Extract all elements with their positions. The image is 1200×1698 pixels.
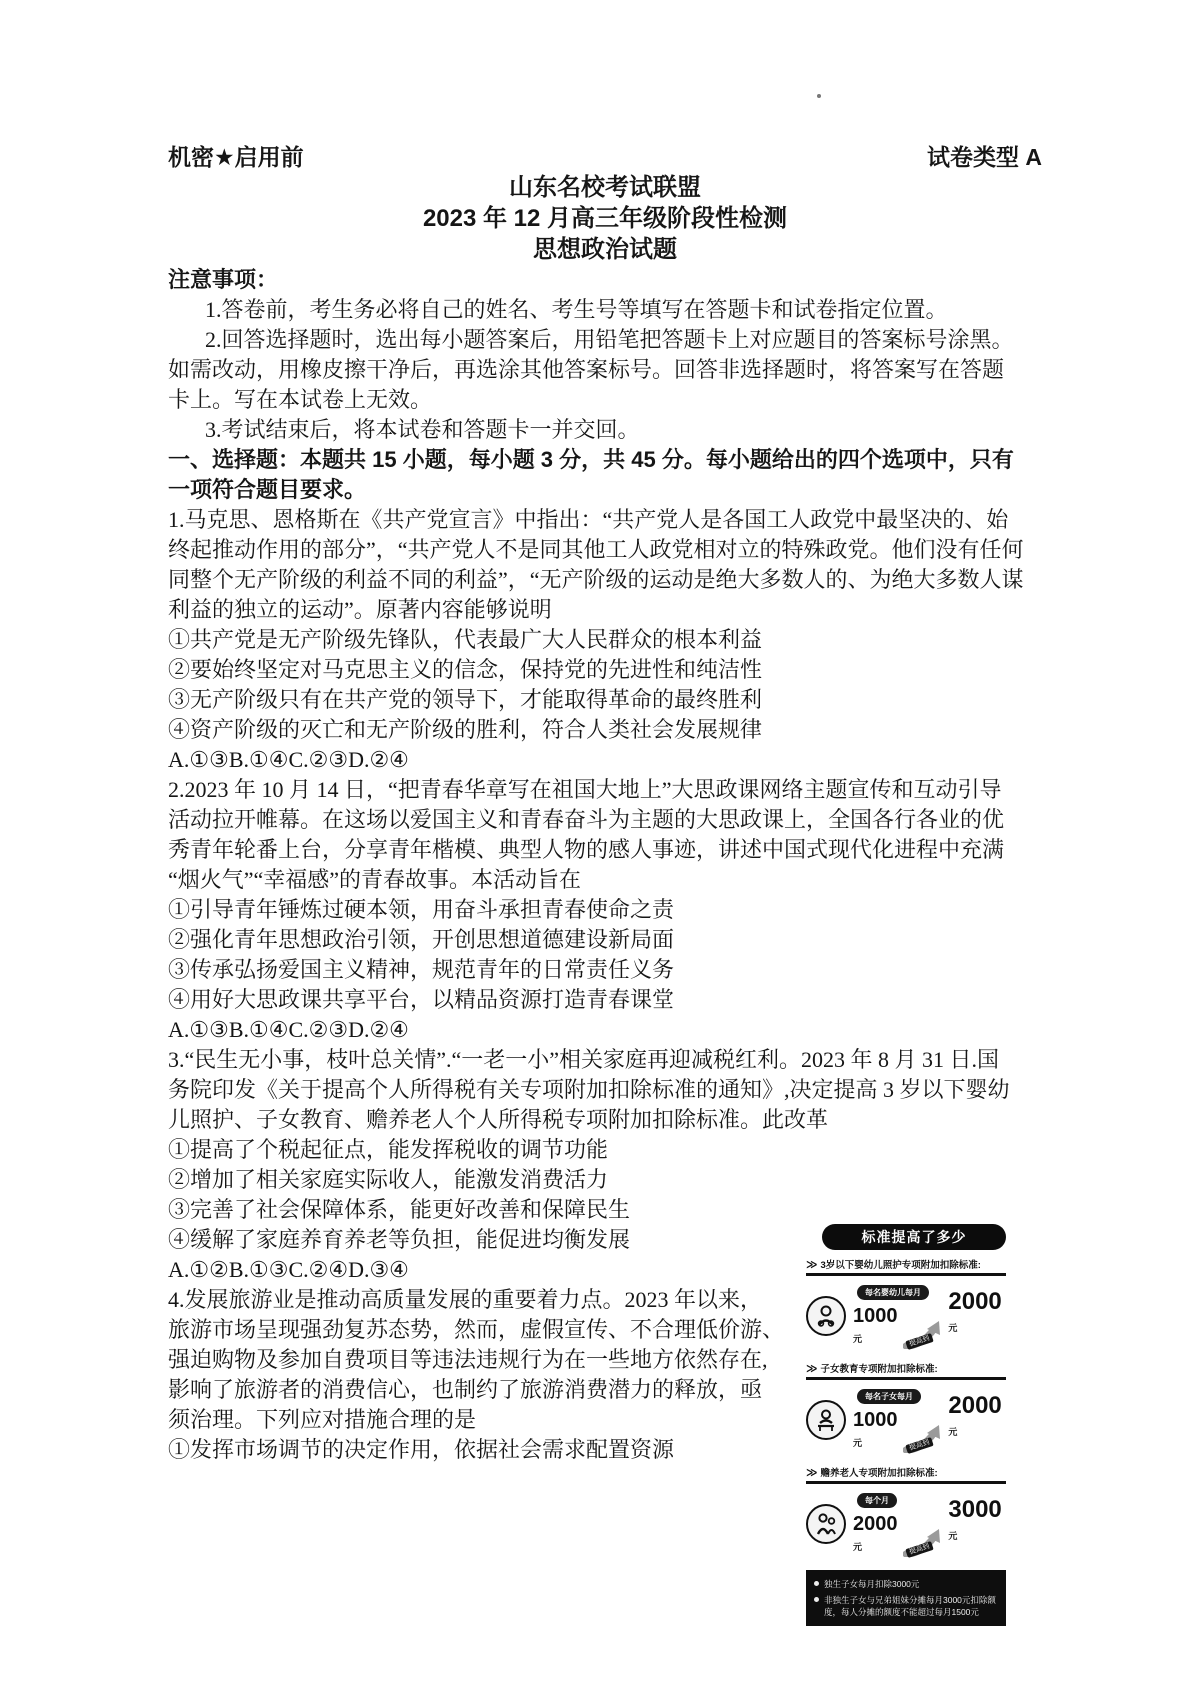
infographic-section-title: 子女教育专项附加扣除标准: bbox=[821, 1361, 938, 1375]
secrecy-label: 机密★启用前 bbox=[168, 142, 304, 172]
question-2-stem-line: “烟火气”“幸福感”的青春故事。本活动旨在 bbox=[168, 865, 1042, 895]
scan-artifact-dot bbox=[817, 94, 821, 98]
amount-badge: 每名子女每月 bbox=[857, 1389, 921, 1404]
double-chevron-icon: ≫ bbox=[806, 1364, 817, 1375]
question-2-stem-line: 秀青年轮番上台，分享青年楷模、典型人物的感人事迹，讲述中国式现代化进程中充满 bbox=[168, 835, 1042, 865]
amount-before: 1000元 bbox=[853, 1306, 902, 1349]
notice-line-5: 3.考试结束后，将本试卷和答题卡一并交回。 bbox=[168, 415, 1042, 445]
question-1-option: ④资产阶级的灭亡和无产阶级的胜利，符合人类社会发展规律 bbox=[168, 715, 1042, 745]
question-1-option: ③无产阶级只有在共产党的领导下，才能取得革命的最终胜利 bbox=[168, 685, 1042, 715]
question-2-option: ②强化青年思想政治引领，开创思想道德建设新局面 bbox=[168, 925, 1042, 955]
notice-heading: 注意事项： bbox=[168, 265, 1042, 295]
infographic-section-title: 3岁以下婴幼儿照护专项附加扣除标准: bbox=[821, 1257, 981, 1271]
infographic-section-title: 赡养老人专项附加扣除标准: bbox=[821, 1465, 938, 1479]
amount-after: 3000元 bbox=[948, 1499, 1006, 1547]
exam-paper-page: 机密★启用前 试卷类型 A 山东名校考试联盟 2023 年 12 月高三年级阶段… bbox=[0, 0, 1200, 1698]
notice-line-1: 1.答卷前，考生务必将自己的姓名、考生号等填写在答题卡和试卷指定位置。 bbox=[168, 295, 1042, 325]
notice-line-2: 2.回答选择题时，选出每小题答案后，用铅笔把答题卡上对应题目的答案标号涂黑。 bbox=[168, 325, 1042, 355]
infographic-section-body: 每个月 2000元 提高到 3000元 bbox=[806, 1484, 1006, 1562]
infographic-section-header: ≫ 赡养老人专项附加扣除标准: bbox=[806, 1458, 1006, 1484]
question-1-answers: A.①③B.①④C.②③D.②④ bbox=[168, 745, 1042, 775]
top-label-row: 机密★启用前 试卷类型 A bbox=[168, 142, 1042, 172]
question-2-answers: A.①③B.①④C.②③D.②④ bbox=[168, 1015, 1042, 1045]
elderly-icon bbox=[806, 1504, 846, 1544]
infographic-section-body: 每名子女每月 1000元 提高到 2000元 bbox=[806, 1380, 1006, 1458]
bullet-dot-icon bbox=[814, 1597, 819, 1602]
amount-before: 2000元 bbox=[853, 1514, 902, 1557]
amount-before: 1000元 bbox=[853, 1410, 902, 1453]
double-chevron-icon: ≫ bbox=[806, 1260, 817, 1271]
question-3-option: ②增加了相关家庭实际收人，能激发消费活力 bbox=[168, 1165, 1042, 1195]
infographic-footnote-box: 独生子女每月扣除3000元 非独生子女与兄弟姐妹分摊每月3000元扣除额度，每人… bbox=[806, 1570, 1006, 1626]
exam-title: 2023 年 12 月高三年级阶段性检测 bbox=[168, 203, 1042, 234]
bullet-dot-icon bbox=[814, 1581, 819, 1586]
amount-after: 2000元 bbox=[948, 1395, 1006, 1443]
footnote-line: 非独生子女与兄弟姐妹分摊每月3000元扣除额度，每人分摊的额度不能超过每月150… bbox=[814, 1594, 998, 1618]
organization-title: 山东名校考试联盟 bbox=[168, 172, 1042, 203]
increase-arrow-icon: 提高到 bbox=[903, 1527, 947, 1557]
paper-type-label: 试卷类型 A bbox=[927, 142, 1042, 172]
amount-badge: 每个月 bbox=[857, 1493, 897, 1508]
notice-line-3: 如需改动，用橡皮擦干净后，再选涂其他答案标号。回答非选择题时，将答案写在答题 bbox=[168, 355, 1042, 385]
section-heading-line-1: 一、选择题：本题共 15 小题，每小题 3 分，共 45 分。每小题给出的四个选… bbox=[168, 445, 1042, 475]
question-3-option: ①提高了个税起征点，能发挥税收的调节功能 bbox=[168, 1135, 1042, 1165]
question-3-stem-line: 务院印发《关于提高个人所得税有关专项附加扣除标准的通知》,决定提高 3 岁以下婴… bbox=[168, 1075, 1042, 1105]
question-3-stem-line: 3.“民生无小事，枝叶总关情”.“一老一小”相关家庭再迎减税红利。2023 年 … bbox=[168, 1045, 1042, 1075]
increase-arrow-icon: 提高到 bbox=[903, 1423, 947, 1453]
infographic-section-header: ≫ 子女教育专项附加扣除标准: bbox=[806, 1354, 1006, 1380]
question-1-option: ①共产党是无产阶级先锋队，代表最广大人民群众的根本利益 bbox=[168, 625, 1042, 655]
amount-after: 2000元 bbox=[948, 1291, 1006, 1339]
question-1-stem-line: 终起推动作用的部分”，“共产党人不是同其他工人政党相对立的特殊政党。他们没有任何 bbox=[168, 535, 1042, 565]
student-icon bbox=[806, 1400, 846, 1440]
question-1-stem-line: 利益的独立的运动”。原著内容能够说明 bbox=[168, 595, 1042, 625]
question-3-stem-line: 儿照护、子女教育、赡养老人个人所得税专项附加扣除标准。此改革 bbox=[168, 1105, 1042, 1135]
question-2-option: ①引导青年锤炼过硬本领，用奋斗承担青春使命之责 bbox=[168, 895, 1042, 925]
subject-title: 思想政治试题 bbox=[168, 234, 1042, 265]
increase-arrow-icon: 提高到 bbox=[903, 1319, 947, 1349]
footnote-line: 独生子女每月扣除3000元 bbox=[814, 1578, 998, 1590]
question-1-option: ②要始终坚定对马克思主义的信念，保持党的先进性和纯洁性 bbox=[168, 655, 1042, 685]
infant-icon bbox=[806, 1296, 846, 1336]
question-2-option: ④用好大思政课共享平台，以精品资源打造青春课堂 bbox=[168, 985, 1042, 1015]
double-chevron-icon: ≫ bbox=[806, 1468, 817, 1479]
notice-line-4: 卡上。写在本试卷上无效。 bbox=[168, 385, 1042, 415]
amount-badge: 每名婴幼儿每月 bbox=[857, 1285, 929, 1300]
infographic-section-header: ≫ 3岁以下婴幼儿照护专项附加扣除标准: bbox=[806, 1250, 1006, 1276]
question-1-stem-line: 同整个无产阶级的利益不同的利益”，“无产阶级的运动是绝大多数人的、为绝大多数人谋 bbox=[168, 565, 1042, 595]
question-2-stem-line: 2.2023 年 10 月 14 日，“把青春华章写在祖国大地上”大思政课网络主… bbox=[168, 775, 1042, 805]
question-2-stem-line: 活动拉开帷幕。在这场以爱国主义和青春奋斗为主题的大思政课上，全国各行各业的优 bbox=[168, 805, 1042, 835]
question-2-option: ③传承弘扬爱国主义精神，规范青年的日常责任义务 bbox=[168, 955, 1042, 985]
tax-deduction-infographic: 标准提高了多少 ≫ 3岁以下婴幼儿照护专项附加扣除标准: 每名婴幼儿每月 100… bbox=[806, 1224, 1006, 1626]
question-1-stem-line: 1.马克思、恩格斯在《共产党宣言》中指出：“共产党人是各国工人政党中最坚决的、始 bbox=[168, 505, 1042, 535]
section-heading-line-2: 一项符合题目要求。 bbox=[168, 475, 1042, 505]
infographic-section-body: 每名婴幼儿每月 1000元 提高到 2000元 bbox=[806, 1276, 1006, 1354]
question-3-option: ③完善了社会保障体系，能更好改善和保障民生 bbox=[168, 1195, 1042, 1225]
infographic-title: 标准提高了多少 bbox=[822, 1224, 1006, 1250]
